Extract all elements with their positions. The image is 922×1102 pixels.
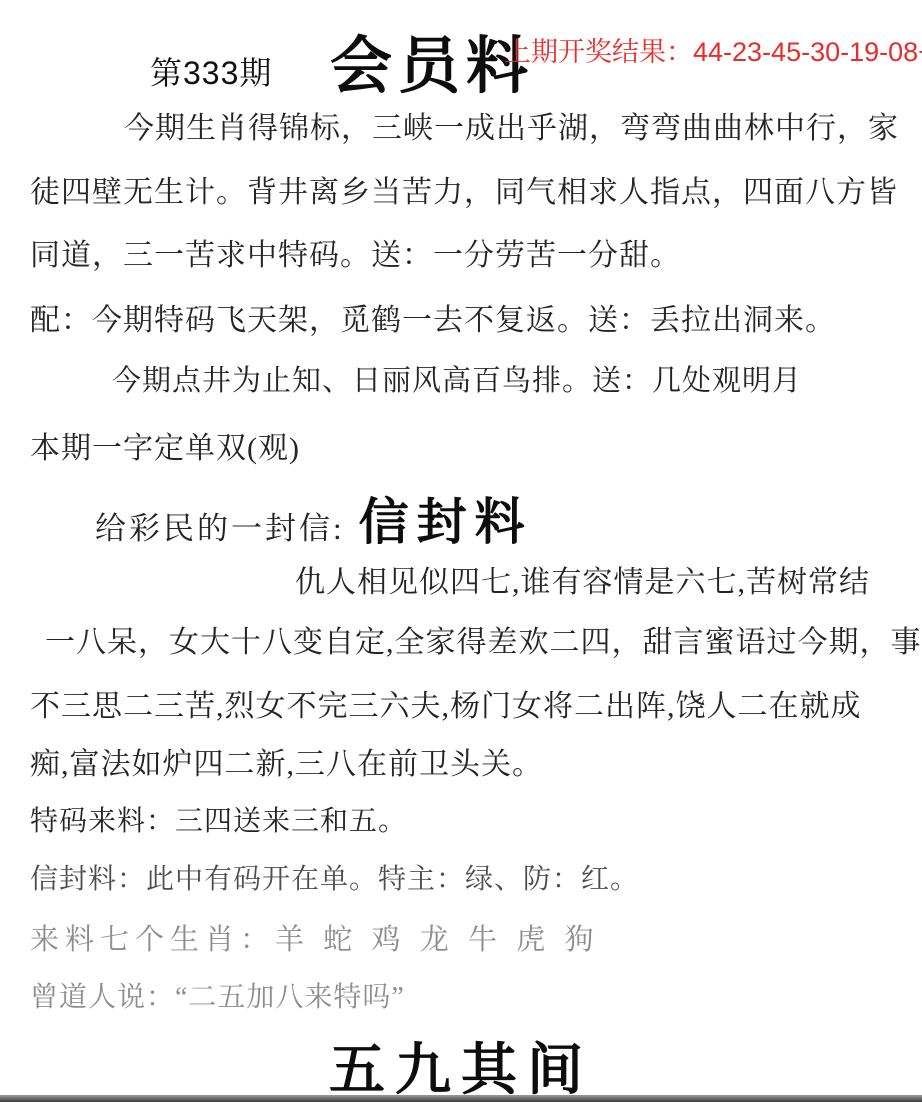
envelope-poem-line: 仇人相见似四七,谁有容情是六七,苦树常结 [295, 557, 870, 601]
letter-prefix: 给彩民的一封信: [95, 503, 345, 548]
member-poem-line: 徒四壁无生计。背井离乡当苦力，同气相求人指点，四面八方皆 [30, 167, 898, 211]
envelope-section-title: 信封料 [359, 482, 533, 554]
envelope-poem-line: 痴,富法如炉四二新,三八在前卫头关。 [30, 739, 543, 783]
member-poem-line: 同道，三一苦求中特码。送：一分劳苦一分甜。 [30, 230, 681, 274]
single-double-line: 本期一字定单双(观) [30, 423, 300, 467]
member-poem-line: 今期生肖得锦标，三峡一成出乎湖，弯弯曲曲林中行，家 [124, 103, 899, 147]
previous-draw-result: 上期开奖结果：44-23-45-30-19-08+26 [504, 30, 922, 69]
quote-line: 曾道人说：“二五加八来特吗” [30, 975, 405, 1015]
envelope-poem-line: 不三思二三苦,烈女不完三六夫,杨门女将二出阵,饶人二在就成 [30, 681, 862, 725]
footer-headline: 五九其间 [0, 1026, 922, 1102]
special-code-line: 特码来料：三四送来三和五。 [30, 799, 407, 839]
issue-number: 第333期 [150, 48, 272, 94]
envelope-poem-line: 一八呆，女大十八变自定,全家得差欢二四，甜言蜜语过今期，事 [45, 617, 922, 661]
member-poem-line: 今期点井为止知、日丽风高百鸟排。送：几处观明月 [112, 358, 802, 399]
zodiac-line: 来料七个生肖：羊 蛇 鸡 龙 牛 虎 狗 [30, 917, 600, 958]
lottery-tip-sheet: 第333期 会员料 上期开奖结果：44-23-45-30-19-08+26 今期… [0, 0, 922, 1102]
member-poem-line: 配：今期特码飞天架，觅鹤一去不复返。送：丢拉出洞来。 [30, 295, 836, 339]
scan-edge-artifact [0, 1095, 922, 1102]
letter-heading: 给彩民的一封信: 信封料 [95, 482, 533, 554]
envelope-tip-line: 信封料：此中有码开在单。特主：绿、防：红。 [30, 857, 639, 897]
